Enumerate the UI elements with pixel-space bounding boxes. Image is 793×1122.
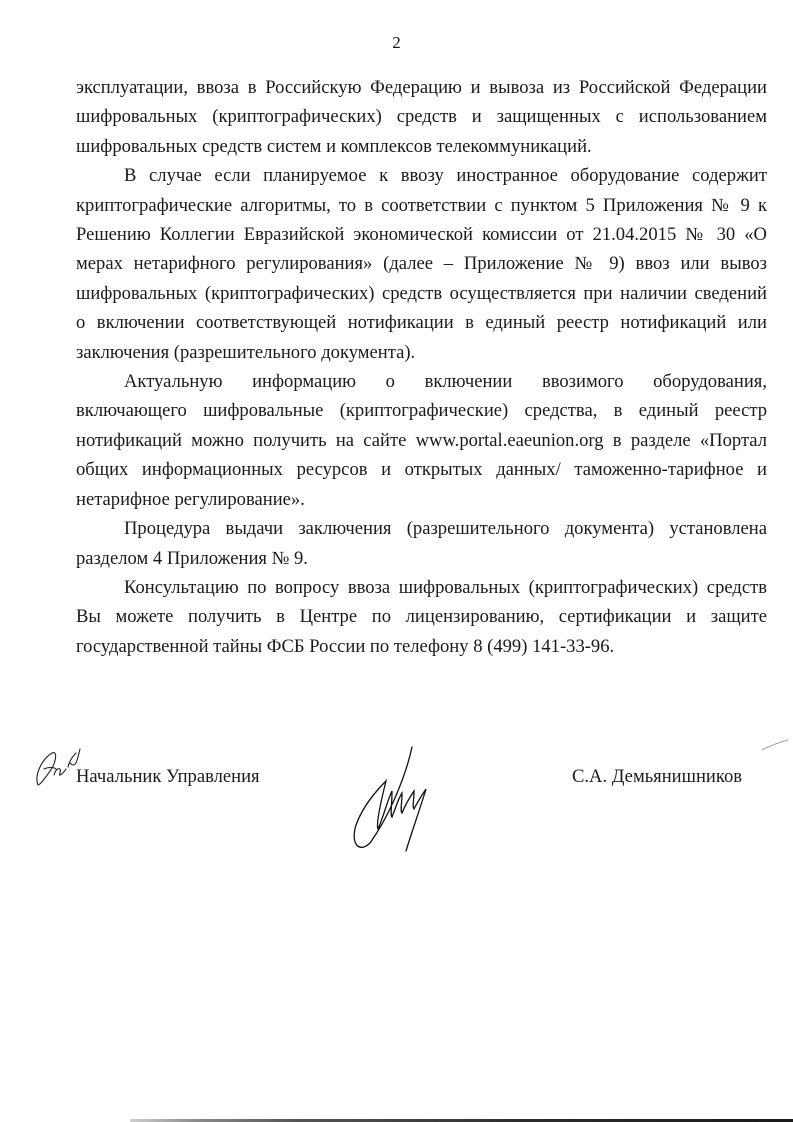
text-line: Консультацию по вопросу ввоза шифровальн…: [76, 573, 767, 602]
text-line: заключения (разрешительного документа).: [76, 338, 767, 367]
text-line: В случае если планируемое к ввозу иностр…: [76, 161, 767, 190]
text-line: Решению Коллегии Евразийской экономическ…: [76, 220, 767, 249]
text-line: о включении соответствующей нотификации …: [76, 308, 767, 337]
text-line: шифровальных (криптографических) средств…: [76, 279, 767, 308]
text-line: государственной тайны ФСБ России по теле…: [76, 632, 767, 661]
signatory-title: Начальник Управления: [76, 766, 260, 788]
signatory-name: С.А. Демьянишников: [572, 766, 742, 788]
text-line: нотификаций можно получить на сайте www.…: [76, 426, 767, 455]
text-line: включающего шифровальные (криптографичес…: [76, 396, 767, 425]
text-line: Вы можете получить в Центре по лицензиро…: [76, 602, 767, 631]
text-line: шифровальных средств систем и комплексов…: [76, 132, 767, 161]
handwritten-signature-icon: [340, 745, 460, 855]
text-line: Процедура выдачи заключения (разрешитель…: [76, 514, 767, 543]
paragraph-4: Процедура выдачи заключения (разрешитель…: [76, 514, 767, 573]
stray-pen-mark-icon: [760, 738, 790, 752]
letter-body: эксплуатации, ввоза в Российскую Федерац…: [76, 73, 767, 661]
text-line: разделом 4 Приложения № 9.: [76, 544, 767, 573]
text-line: мерах нетарифного регулирования» (далее …: [76, 249, 767, 278]
text-line: общих информационных ресурсов и открытых…: [76, 455, 767, 484]
paragraph-3: Актуальную информацию о включении ввозим…: [76, 367, 767, 514]
text-line: эксплуатации, ввоза в Российскую Федерац…: [76, 73, 767, 102]
text-line: нетарифное регулирование».: [76, 485, 767, 514]
text-line: шифровальных (криптографических) средств…: [76, 102, 767, 131]
page-number: 2: [0, 33, 793, 53]
paragraph-2: В случае если планируемое к ввозу иностр…: [76, 161, 767, 367]
text-line: Актуальную информацию о включении ввозим…: [76, 367, 767, 396]
paragraph-5: Консультацию по вопросу ввоза шифровальн…: [76, 573, 767, 661]
paragraph-1: эксплуатации, ввоза в Российскую Федерац…: [76, 73, 767, 161]
text-line: криптографические алгоритмы, то в соотве…: [76, 191, 767, 220]
